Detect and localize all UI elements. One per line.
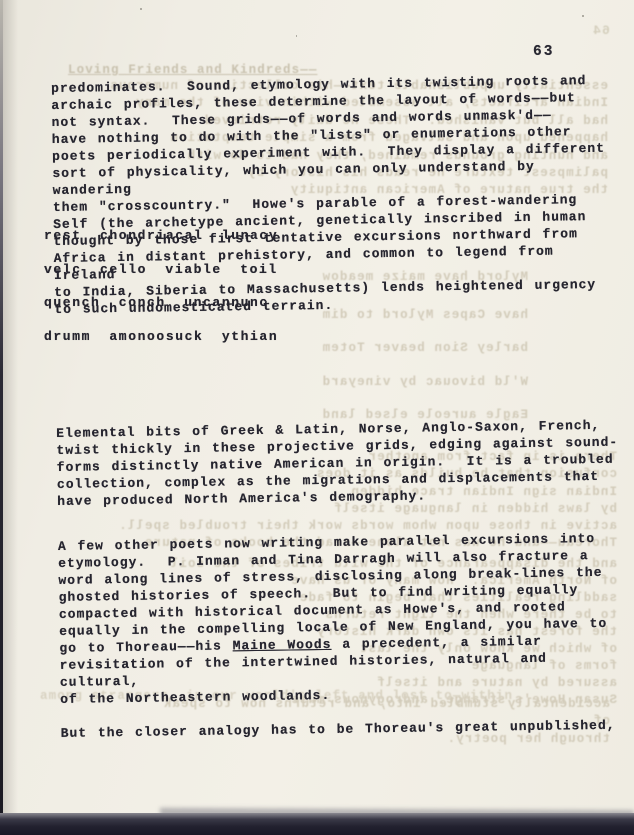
paper-speck xyxy=(296,35,297,37)
bleedthrough-page-number: 64 xyxy=(592,22,610,39)
poem-line-1: rest chondriacal lunacy xyxy=(44,219,278,253)
scan-left-shadow xyxy=(3,0,18,835)
poem-line-4: drumm amonoosuck ythian xyxy=(44,320,278,354)
scan-bottom-edge xyxy=(0,813,634,835)
paper-speck xyxy=(140,8,142,10)
poem-excerpt: rest chondriacal lunacy velc cello viabl… xyxy=(44,219,278,353)
paragraph-2: Elemental bits of Greek & Latin, Norse, … xyxy=(56,417,619,510)
paragraph-3: A few other poets now writing make paral… xyxy=(58,530,622,708)
scanned-book-page: Loving Friends and Kindreds—— 64 essenti… xyxy=(0,0,634,835)
paragraph-4: But the closer analogy has to be Thoreau… xyxy=(61,717,623,742)
text-column: predominates. Sound, etymology with its … xyxy=(51,72,623,780)
poem-line-2: velc cello viable toil xyxy=(44,253,278,287)
paper-speck xyxy=(582,15,584,17)
poem-line-3: quench conch uncannunc xyxy=(44,286,278,320)
book-title-maine-woods: Maine Woods xyxy=(233,637,332,653)
page-number: 63 xyxy=(533,44,554,60)
